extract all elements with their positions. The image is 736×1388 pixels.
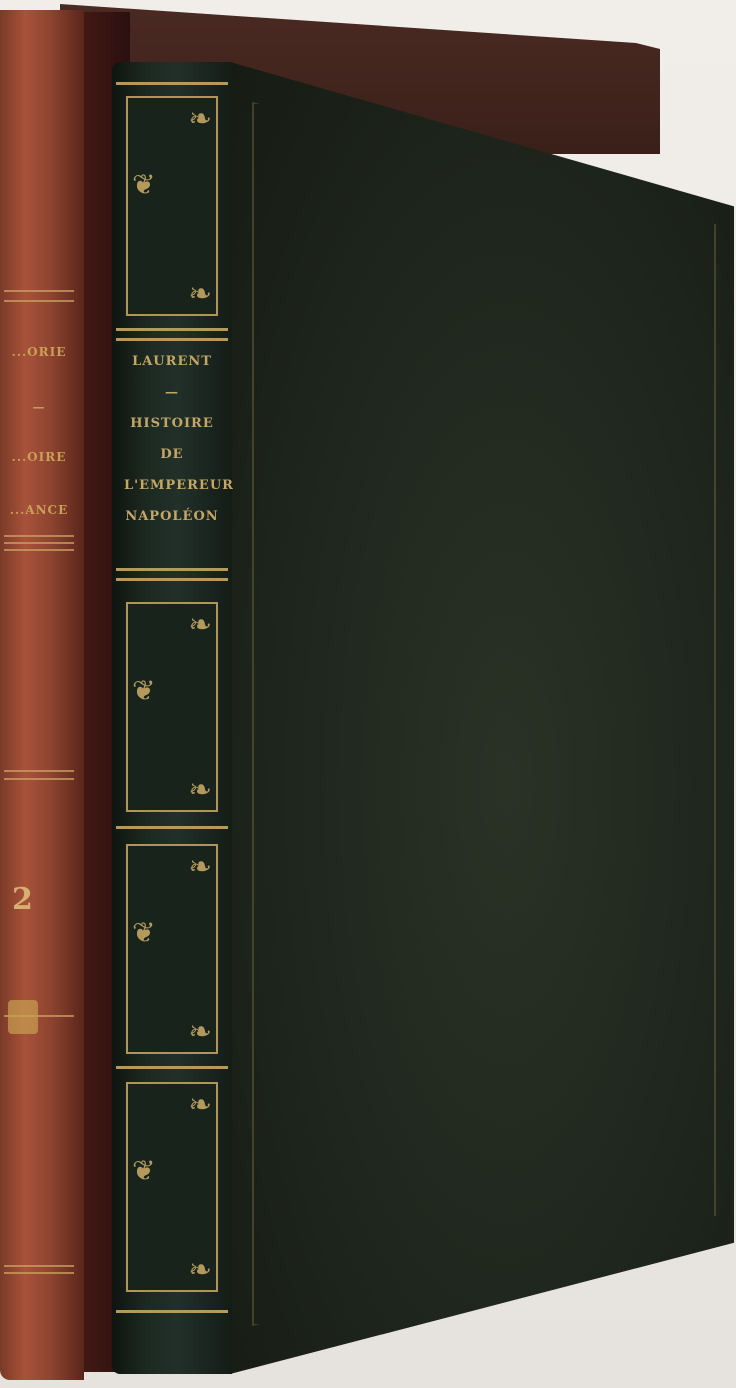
spine-band	[116, 826, 228, 829]
spine-band	[116, 1066, 228, 1069]
scroll-ornament-icon: ❧	[189, 773, 212, 806]
spine-band	[4, 770, 74, 772]
green-book-spine: ❦ ❧ ❧ LAURENT — HISTOIRE DE L'EMPEREUR N…	[112, 62, 232, 1374]
spine-band	[4, 535, 74, 537]
fleuron-icon: ❦	[132, 916, 155, 949]
spine-ornament-panel: ❦ ❧ ❧	[126, 844, 218, 1054]
fleuron-icon: ❦	[132, 168, 155, 201]
red-spine-label: ...ANCE	[4, 503, 74, 517]
scroll-ornament-icon: ❧	[189, 850, 212, 883]
scroll-ornament-icon: ❧	[189, 1253, 212, 1286]
spine-band	[4, 542, 74, 544]
red-spine-label: ...ORIE	[4, 345, 74, 359]
worn-patch	[8, 1000, 38, 1034]
title-line: L'EMPEREUR	[124, 478, 220, 493]
red-spine-label: ...OIRE	[4, 450, 74, 464]
spine-band	[4, 549, 74, 551]
spine-band	[116, 578, 228, 581]
spine-band	[116, 338, 228, 341]
green-book: ❦ ❧ ❧ LAURENT — HISTOIRE DE L'EMPEREUR N…	[112, 62, 734, 1382]
spine-band	[116, 1310, 228, 1313]
red-book-spine: ...ORIE — ...OIRE ...ANCE	[0, 10, 84, 1380]
title-dash: —	[124, 385, 220, 400]
spine-ornament-panel: ❦ ❧ ❧	[126, 602, 218, 812]
cover-blind-frame	[252, 102, 716, 1326]
title-line: HISTOIRE	[124, 416, 220, 431]
fleuron-icon: ❦	[132, 1154, 155, 1187]
scroll-ornament-icon: ❧	[189, 1088, 212, 1121]
scroll-ornament-icon: ❧	[189, 608, 212, 641]
spine-title: LAURENT — HISTOIRE DE L'EMPEREUR NAPOLÉO…	[124, 348, 220, 578]
spine-band	[4, 1265, 74, 1267]
volume-number: 2	[12, 882, 33, 917]
scroll-ornament-icon: ❧	[189, 277, 212, 310]
fleuron-icon: ❦	[132, 674, 155, 707]
scroll-ornament-icon: ❧	[189, 1015, 212, 1048]
red-spine-label: —	[4, 400, 74, 414]
spine-band	[116, 568, 228, 571]
title-line: DE	[124, 447, 220, 462]
title-line: NAPOLÉON	[124, 509, 220, 524]
spine-band	[4, 1272, 74, 1274]
spine-band	[116, 328, 228, 331]
spine-band	[4, 290, 74, 292]
spine-ornament-panel: ❦ ❧ ❧	[126, 96, 218, 316]
author-name: LAURENT	[124, 354, 220, 369]
spine-band	[4, 300, 74, 302]
spine-band	[4, 778, 74, 780]
spine-band	[116, 82, 228, 85]
scroll-ornament-icon: ❧	[189, 102, 212, 135]
spine-ornament-panel: ❦ ❧ ❧	[126, 1082, 218, 1292]
